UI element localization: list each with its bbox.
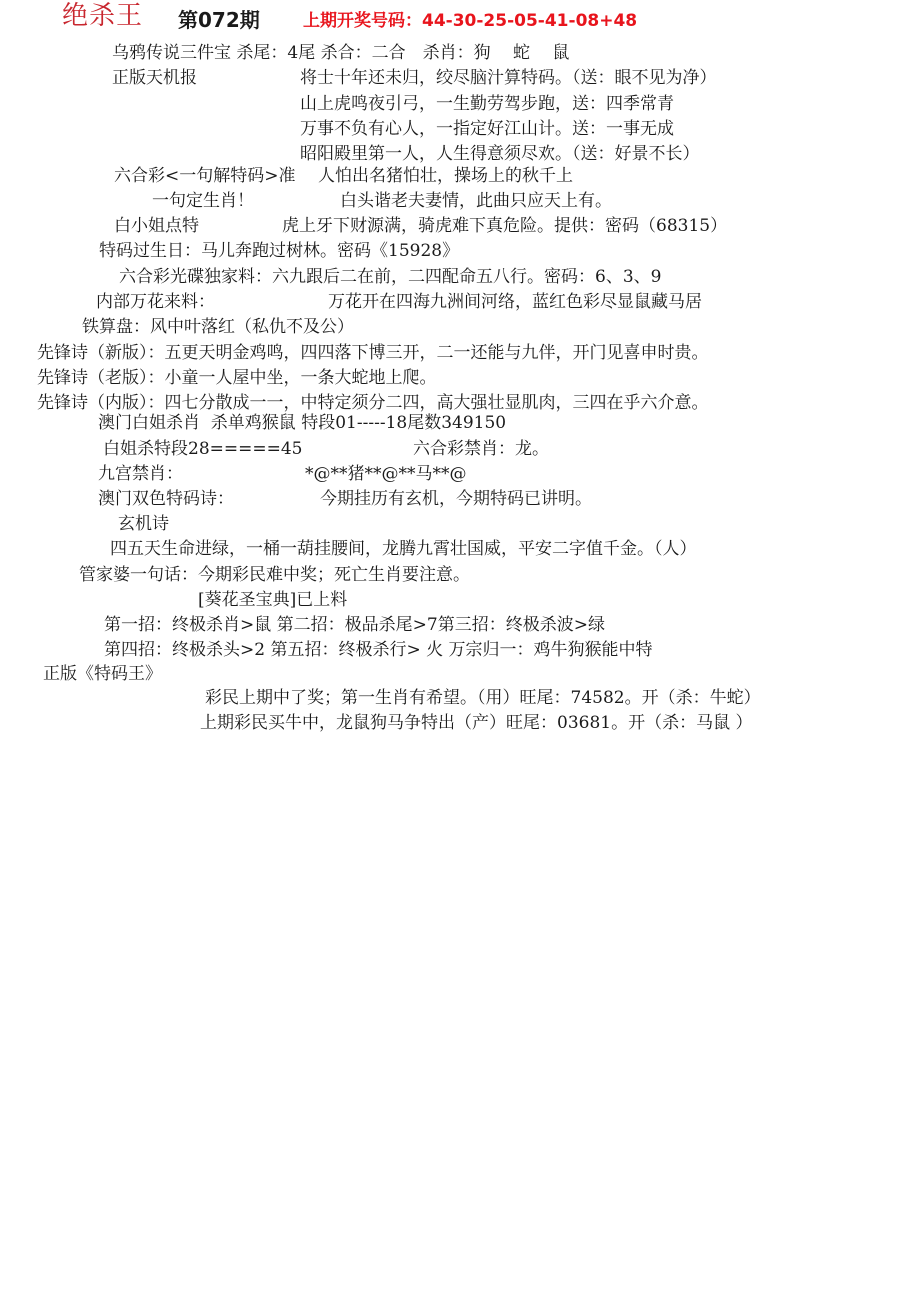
text-line: 正版《特码王》 (43, 663, 162, 685)
text-line: 内部万花来料： (96, 291, 215, 313)
issue-number: 第072期 (178, 7, 260, 33)
text-line: 人怕出名猪怕壮，操场上的秋千上 (318, 165, 573, 187)
text-line: 昭阳殿里第一人，人生得意须尽欢。（送：好景不长） (300, 143, 700, 165)
text-line: 第一招：终极杀肖>鼠 第二招：极品杀尾>7第三招：终极杀波>绿 (104, 614, 605, 636)
text-line: 特码过生日：马儿奔跑过树林。密码《15928》 (99, 240, 459, 262)
text-line: 白头谐老夫妻情，此曲只应天上有。 (340, 190, 612, 212)
text-line: 四五天生命进绿，一桶一葫挂腰间，龙腾九霄壮国威，平安二字值千金。（人） (110, 538, 697, 560)
text-line: 第四招：终极杀头>2 第五招：终极杀行> 火 万宗归一：鸡牛狗猴能中特 (104, 639, 653, 661)
text-line: 万花开在四海九洲间河络，蓝红色彩尽显鼠藏马居 (328, 291, 702, 313)
text-line: 六合彩禁肖：龙。 (413, 438, 549, 460)
text-line: 将士十年还未归，绞尽脑汁算特码。（送：眼不见为净） (300, 67, 717, 89)
text-line: 先锋诗（新版）：五更天明金鸡鸣，四四落下博三开，二一还能与九伴，开门见喜申时贵。 (37, 342, 709, 364)
text-line: 万事不负有心人，一指定好江山计。送：一事无成 (300, 118, 674, 140)
text-line: 彩民上期中了奖；第一生肖有希望。（用）旺尾：74582。开（杀：牛蛇） (205, 687, 761, 709)
text-line: 铁算盘：风中叶落红（私仇不及公） (82, 316, 354, 338)
text-line: 正版天机报 (112, 67, 197, 89)
text-line: 九宫禁肖： (98, 463, 183, 485)
text-line: 玄机诗 (118, 513, 169, 535)
last-draw-numbers: 上期开奖号码：44-30-25-05-41-08+48 (303, 9, 637, 33)
text-line: 上期彩民买牛中，龙鼠狗马争特出（产）旺尾：03681。开（杀：马鼠 ） (200, 712, 752, 734)
text-line: 虎上牙下财源满，骑虎难下真危险。提供：密码（68315） (282, 215, 727, 237)
brand-title: 绝杀王 (62, 0, 143, 32)
text-line: 白小姐点特 (114, 215, 199, 237)
text-line: 先锋诗（老版）：小童一人屋中坐，一条大蛇地上爬。 (37, 367, 437, 389)
text-line: 乌鸦传说三件宝 杀尾：4尾 杀合：二合 杀肖：狗 蛇 鼠 (112, 42, 569, 64)
text-line: 澳门白姐杀肖 杀单鸡猴鼠 特段01-----18尾数349150 (98, 412, 506, 434)
text-line: 白姐杀特段28=====45 (103, 438, 302, 460)
text-line: 澳门双色特码诗： (98, 488, 234, 510)
text-line: 六合彩<一句解特码>准 (114, 165, 296, 187)
text-line: 六合彩光碟独家料：六九跟后二在前，二四配命五八行。密码：6、3、9 (119, 266, 661, 288)
page: 绝杀王 第072期 上期开奖号码：44-30-25-05-41-08+48 乌鸦… (0, 0, 900, 1292)
text-line: *@**猪**@**马**@ (305, 463, 467, 485)
text-line: 管家婆一句话：今期彩民难中奖；死亡生肖要注意。 (79, 564, 470, 586)
text-line: [葵花圣宝典]已上料 (198, 589, 347, 611)
text-line: 先锋诗（内版）：四七分散成一一，中特定须分二四，高大强壮显肌肉，三四在乎六介意。 (37, 392, 709, 414)
text-line: 今期挂历有玄机，今期特码已讲明。 (320, 488, 592, 510)
text-line: 山上虎鸣夜引弓，一生勤劳驾步跑，送：四季常青 (300, 93, 674, 115)
text-line: 一句定生肖！ (152, 190, 254, 212)
